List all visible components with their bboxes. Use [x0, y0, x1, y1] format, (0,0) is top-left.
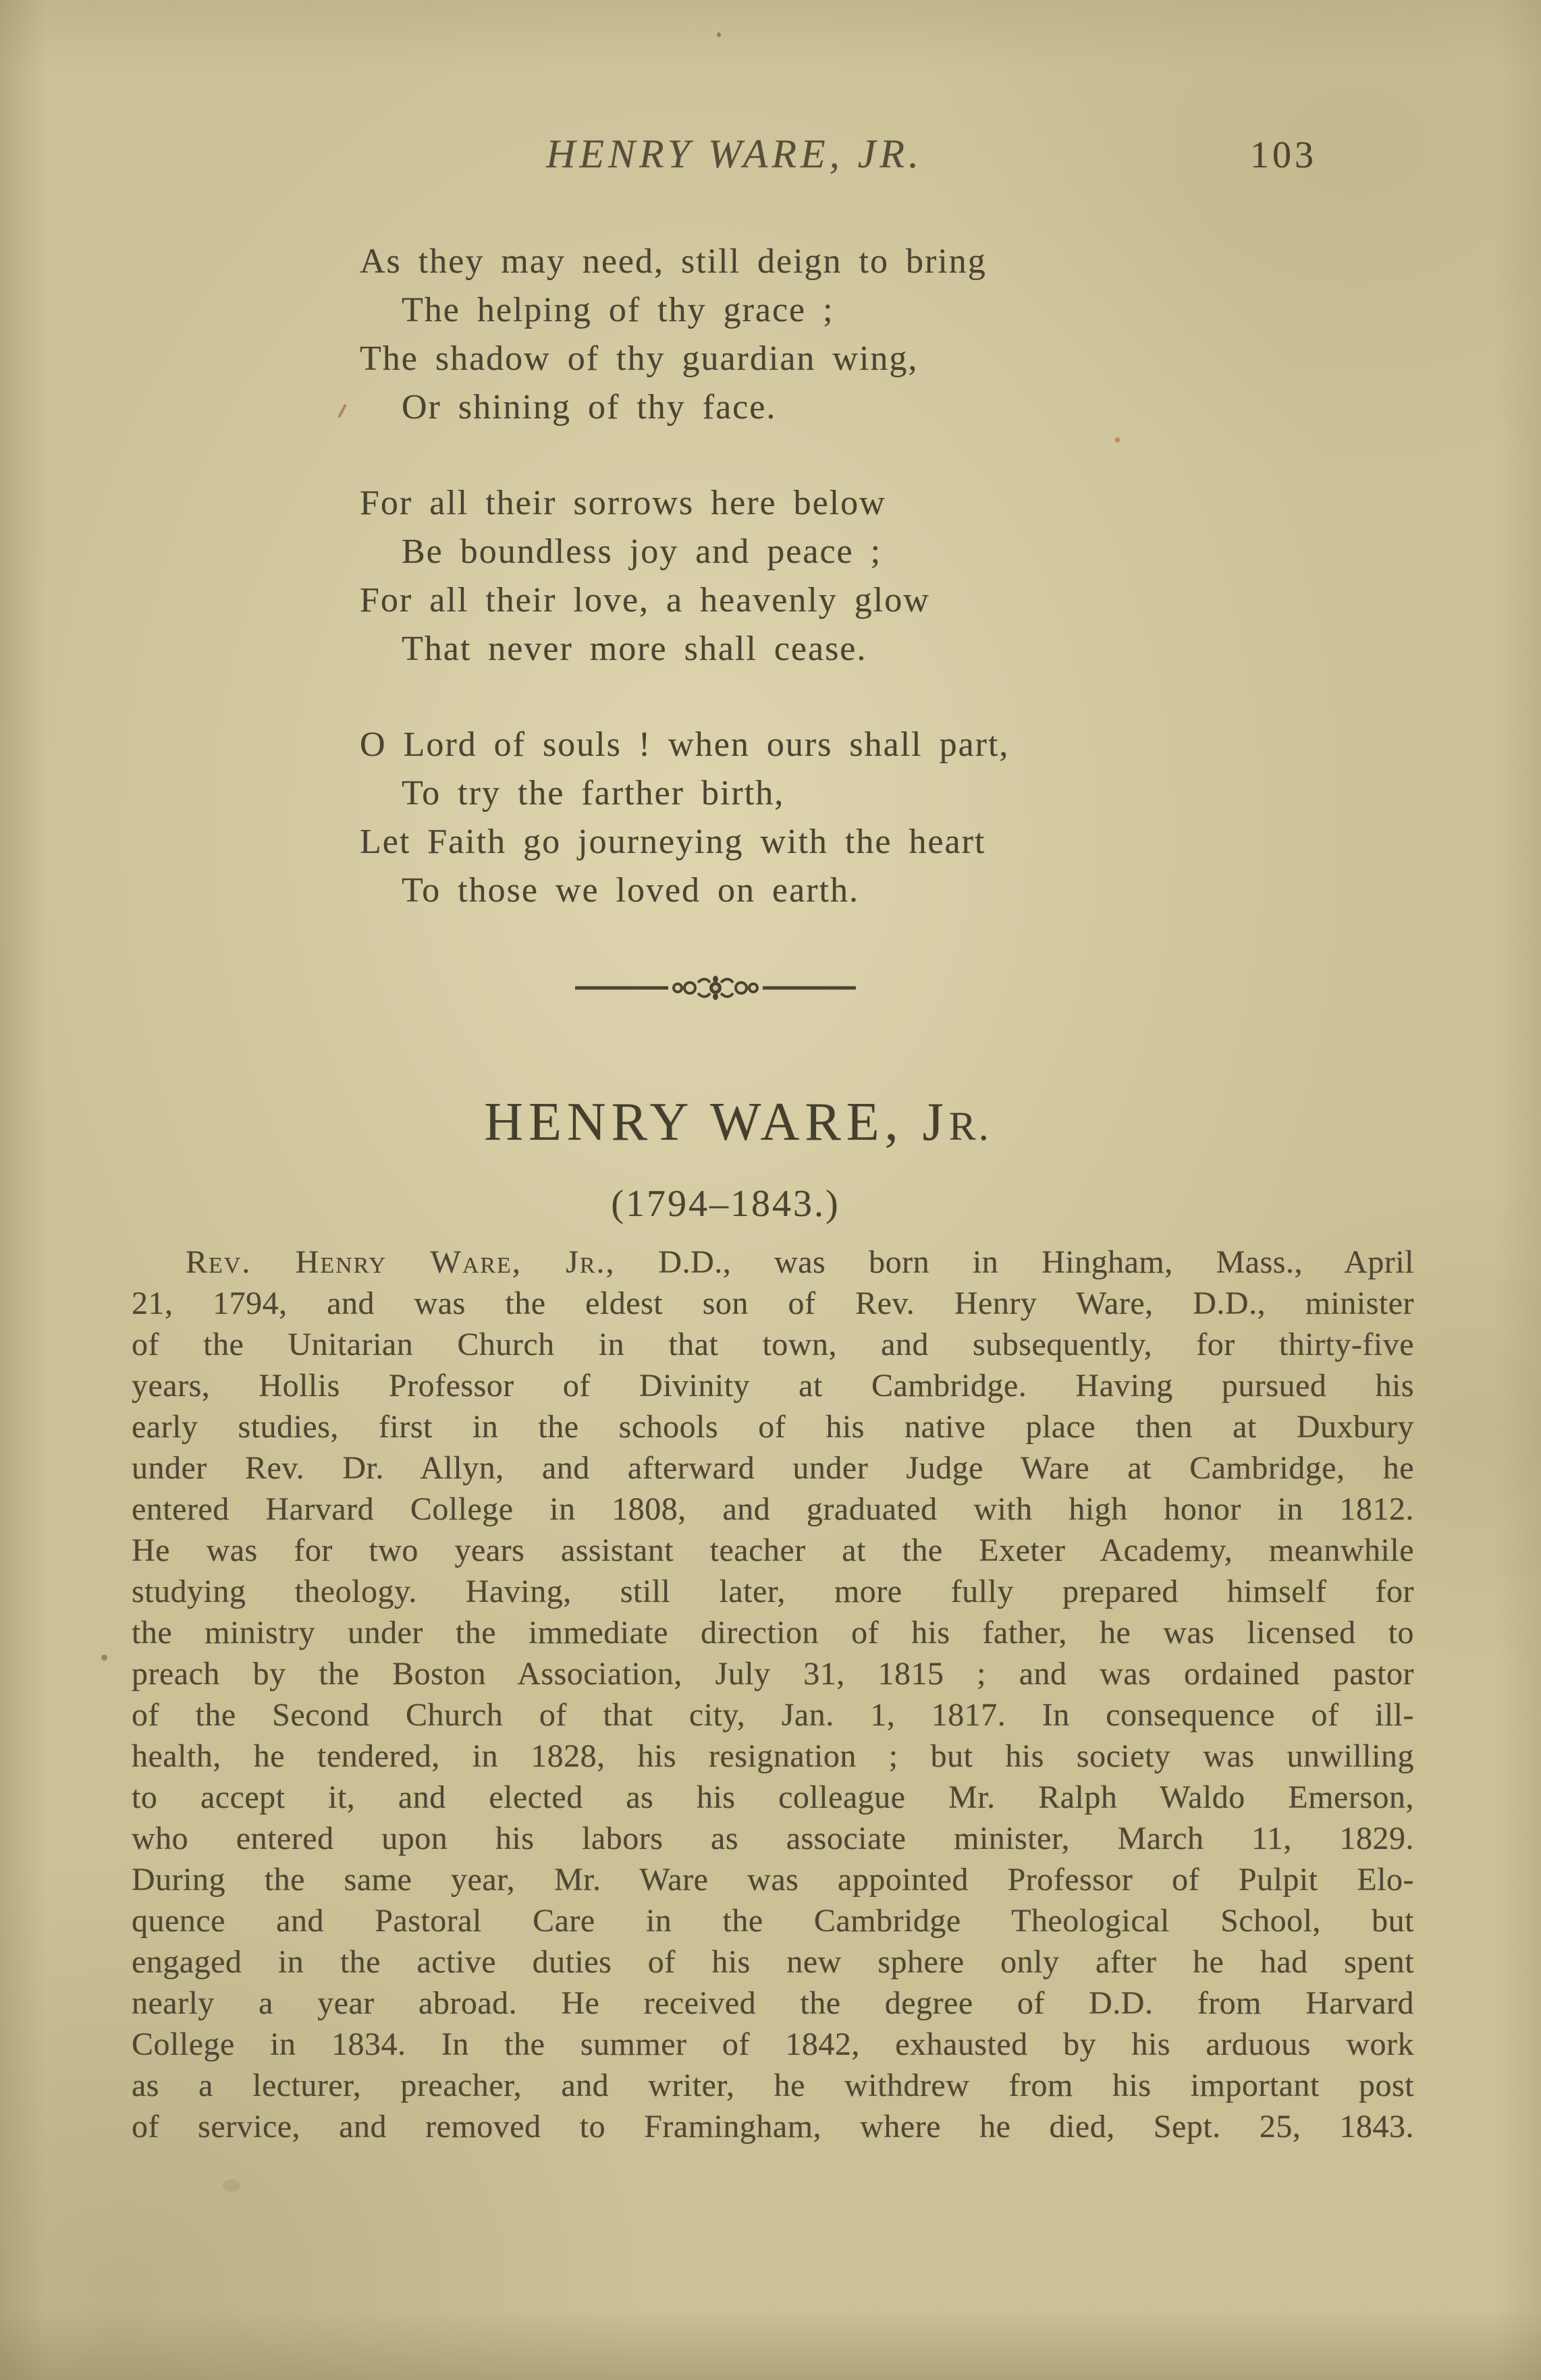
bio-line: years, Hollis Professor of Divinity at C… — [132, 1365, 1414, 1406]
bio-line: College in 1834. In the summer of 1842, … — [132, 2024, 1414, 2065]
paper-stain — [223, 2180, 240, 2192]
bio-line: of service, and removed to Framingham, w… — [132, 2106, 1414, 2147]
divider-ornament-graphic — [574, 974, 857, 1001]
bio-line: entered Harvard College in 1808, and gra… — [132, 1489, 1414, 1530]
bio-line: Rev. Henry Ware, Jr., D.D., was born in … — [132, 1242, 1414, 1283]
bio-line: of the Unitarian Church in that town, an… — [132, 1324, 1414, 1365]
poem-line: O Lord of souls ! when ours shall part, — [360, 721, 1009, 769]
bio-line: under Rev. Dr. Allyn, and afterward unde… — [132, 1447, 1414, 1489]
bio-line: studying theology. Having, still later, … — [132, 1571, 1414, 1612]
paper-speck — [101, 1655, 107, 1661]
stray-ink-mark — [337, 404, 347, 418]
paper-speck — [717, 32, 721, 37]
paper-speck — [1115, 437, 1120, 443]
bio-line: of the Second Church of that city, Jan. … — [132, 1694, 1414, 1736]
poem-line: That never more shall cease. — [360, 625, 1009, 673]
bio-line: quence and Pastoral Care in the Cambridg… — [132, 1900, 1414, 1941]
poem-line: To those we loved on earth. — [360, 866, 1009, 915]
bio-first-line-rest: D.D., was born in Hingham, Mass., April — [616, 1244, 1414, 1280]
running-header-title: HENRY WARE, JR. — [546, 131, 923, 177]
poem-line: For all their sorrows here below — [360, 479, 1009, 528]
poem-stanza: For all their sorrows here below Be boun… — [360, 479, 1009, 673]
poem-line: As they may need, still deign to bring — [360, 238, 1009, 286]
section-title: HENRY WARE, JR. — [484, 1092, 992, 1153]
poem-line: To try the farther birth, — [360, 769, 1009, 818]
bio-line: During the same year, Mr. Ware was appoi… — [132, 1859, 1414, 1900]
bio-line: health, he tendered, in 1828, his resign… — [132, 1736, 1414, 1777]
poem-line: The shadow of thy guardian wing, — [360, 335, 1009, 383]
poem-line: Or shining of thy face. — [360, 383, 1009, 432]
poem-line: For all their love, a heavenly glow — [360, 576, 1009, 625]
bio-line: to accept it, and elected as his colleag… — [132, 1777, 1414, 1818]
bio-line: as a lecturer, preacher, and writer, he … — [132, 2065, 1414, 2106]
bio-line: early studies, first in the schools of h… — [132, 1406, 1414, 1447]
poem-stanza: As they may need, still deign to bring T… — [360, 238, 1009, 432]
poem-line: The helping of thy grace ; — [360, 286, 1009, 335]
bio-line: nearly a year abroad. He received the de… — [132, 1983, 1414, 2024]
bio-lead-smallcaps: Rev. Henry Ware, Jr., — [186, 1244, 616, 1280]
bio-line: who entered upon his labors as associate… — [132, 1818, 1414, 1859]
bio-line: preach by the Boston Association, July 3… — [132, 1653, 1414, 1694]
poem-line: Be boundless joy and peace ; — [360, 528, 1009, 576]
section-divider-ornament — [574, 974, 857, 1001]
section-title-main: HENRY WARE, J — [484, 1092, 949, 1152]
bio-line: 21, 1794, and was the eldest son of Rev.… — [132, 1283, 1414, 1324]
page-number: 103 — [1250, 134, 1317, 177]
scanned-book-page: HENRY WARE, JR. 103 As they may need, st… — [0, 0, 1541, 2380]
poem-stanza: O Lord of souls ! when ours shall part, … — [360, 721, 1009, 915]
bio-line: the ministry under the immediate directi… — [132, 1612, 1414, 1653]
section-dates: (1794–1843.) — [611, 1182, 840, 1225]
section-title-suffix: R. — [949, 1104, 992, 1149]
bio-line: engaged in the active duties of his new … — [132, 1941, 1414, 1983]
bio-line: He was for two years assistant teacher a… — [132, 1530, 1414, 1571]
poem-line: Let Faith go journeying with the heart — [360, 818, 1009, 866]
biography-paragraph: Rev. Henry Ware, Jr., D.D., was born in … — [132, 1242, 1414, 2147]
poem: As they may need, still deign to bring T… — [360, 238, 1009, 962]
